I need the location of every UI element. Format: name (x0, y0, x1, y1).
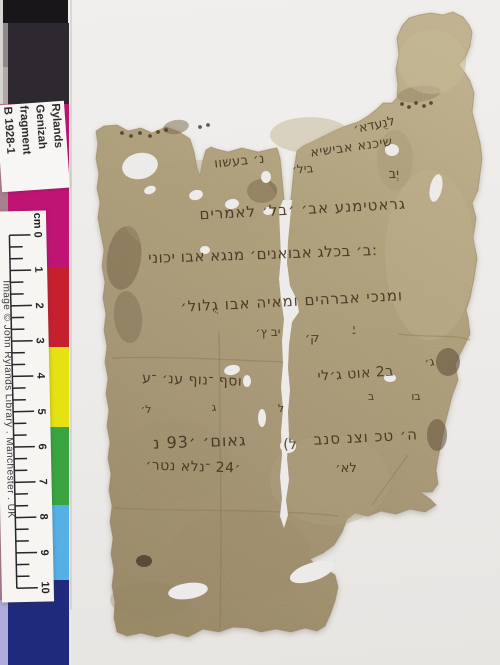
ruler-number-9: 9 (38, 549, 50, 555)
ruler-number-7: 7 (37, 479, 49, 485)
cm-ruler: cm Image © John Rylands Library . Manche… (0, 210, 54, 602)
paper-hole (261, 171, 271, 183)
shelfmark-label: Rylands Genizah fragment B 1928-1 (0, 101, 70, 193)
ruler-number-5: 5 (35, 408, 47, 414)
color-patch-black (2, 0, 68, 23)
ink-text-line-5: יְב (388, 167, 399, 182)
ink-text-line-24: לא׳ (335, 461, 356, 476)
manuscript-fragment-image: לנֻעדא׳שיכנא אבישיאנ׳ בעשווביל׳יְבגראטימ… (0, 0, 500, 665)
ink-speck (148, 134, 152, 138)
shelfmark-text: Rylands Genizah fragment B 1928-1 (0, 101, 69, 191)
ink-speck (206, 123, 210, 127)
ink-speck (164, 128, 168, 132)
ink-text-line-15: בו (411, 390, 420, 403)
ink-text-line-17: ג (212, 401, 217, 414)
color-patch-lavender-left (0, 600, 8, 665)
ink-text-line-19: ב (368, 390, 374, 403)
ink-speck (138, 131, 142, 135)
ink-text-line-12: ג׳ (424, 354, 436, 369)
ruler-unit-label: cm (31, 213, 43, 229)
digitized-manuscript-photo: לנֻעדא׳שיכנא אבישיאנ׳ בעשווביל׳יְבגראטימ… (0, 0, 500, 665)
paper-hole (258, 409, 266, 427)
ink-speck (414, 101, 418, 105)
ink-speck (198, 125, 202, 129)
ink-text-line-20: גאום׳ ׳93 נ (153, 430, 247, 452)
ruler-number-0: 0 (31, 231, 43, 237)
ruler-number-2: 2 (33, 302, 45, 308)
ruler-number-8: 8 (37, 514, 49, 520)
ink-text-line-23: ׳24 ־נלא נטר׳ (145, 457, 241, 476)
ruler-number-4: 4 (34, 373, 46, 379)
ink-text-line-4: ביל׳ (291, 161, 314, 177)
ink-speck (120, 131, 124, 135)
ruler-number-10: 10 (39, 581, 51, 593)
ruler-number-6: 6 (36, 443, 48, 449)
ink-speck (400, 102, 404, 106)
ink-speck (407, 105, 411, 109)
ink-text-line-16: ל׳ (141, 403, 152, 416)
ink-text-line-9: יב ץ׳ (256, 325, 281, 339)
calibration-bar-edge-shadow (70, 0, 72, 610)
photo-left-edge (0, 0, 3, 104)
color-patch-charcoal (8, 23, 69, 104)
ink-speck (129, 134, 133, 138)
ink-text-line-21: (ל (283, 437, 296, 453)
ink-text-line-18: ל (278, 402, 284, 415)
ruler-number-3: 3 (34, 337, 46, 343)
ruler-number-1: 1 (32, 267, 44, 273)
ink-text-line-10: ק׳ (305, 331, 320, 346)
ink-speck (156, 130, 160, 134)
paper-hole (243, 375, 251, 387)
ink-speck (422, 104, 426, 108)
ink-speck (429, 101, 433, 105)
